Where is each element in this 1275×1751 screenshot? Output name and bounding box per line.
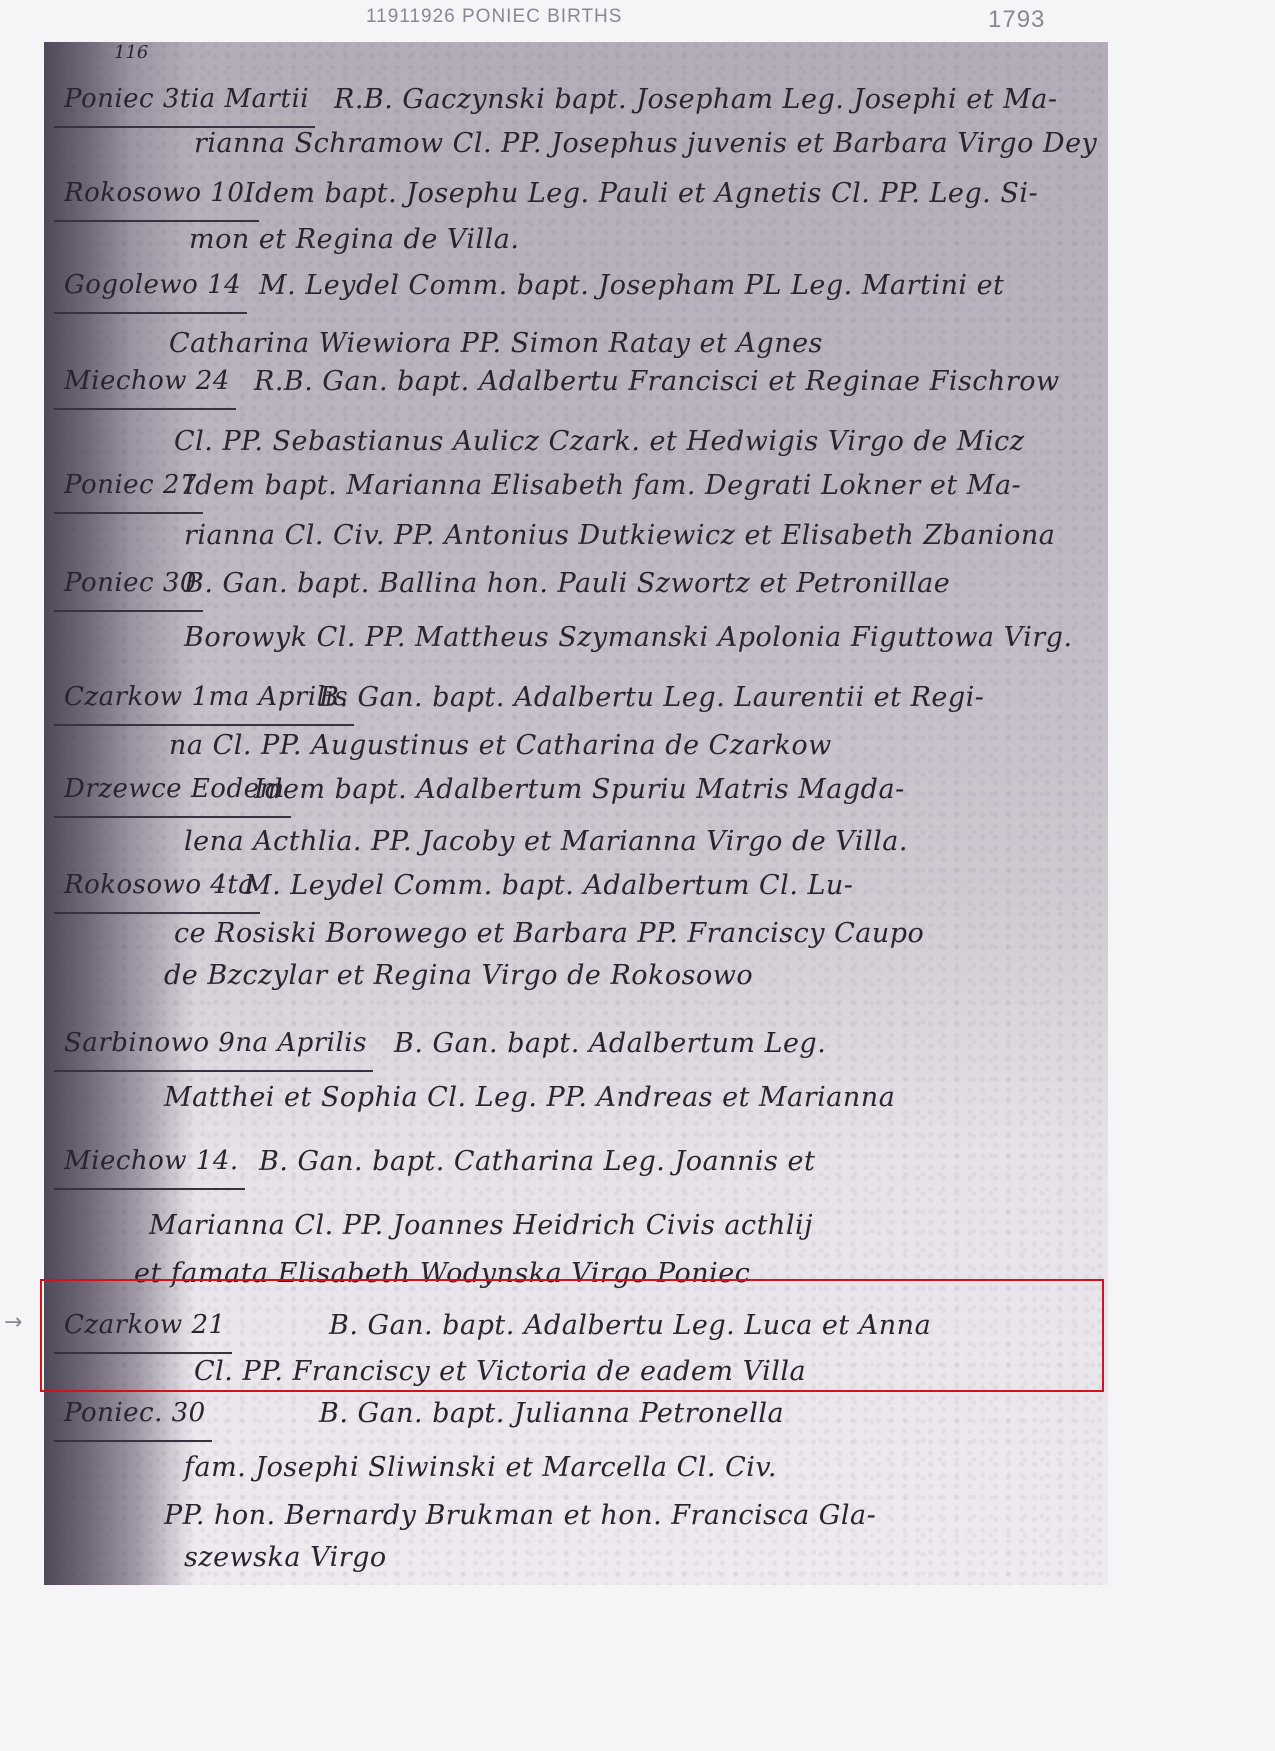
entry-place: Rokosowo 10. bbox=[64, 178, 253, 208]
entry-text: Idem bapt. Josephu Leg. Pauli et Agnetis… bbox=[244, 178, 1038, 209]
entry-text: szewska Virgo bbox=[184, 1542, 387, 1573]
entry-text: B. Gan. bapt. Julianna Petronella bbox=[319, 1398, 784, 1429]
entry-text: B. Gan. bapt. Ballina hon. Pauli Szwortz… bbox=[184, 568, 950, 599]
entry-text: lena Acthlia. PP. Jacoby et Marianna Vir… bbox=[184, 826, 908, 857]
entry-text: B. Gan. bapt. Adalbertu Leg. Laurentii e… bbox=[319, 682, 984, 713]
entry-text: mon et Regina de Villa. bbox=[189, 224, 520, 255]
entry-text: Marianna Cl. PP. Joannes Heidrich Civis … bbox=[149, 1210, 813, 1241]
entry-text: Catharina Wiewiora PP. Simon Ratay et Ag… bbox=[169, 328, 823, 359]
entry-place: Miechow 24 bbox=[64, 366, 230, 396]
entry-text: PP. hon. Bernardy Brukman et hon. Franci… bbox=[164, 1500, 876, 1531]
entry-place: Poniec. 30 bbox=[64, 1398, 206, 1428]
entry-text: Idem bapt. Adalbertum Spuriu Matris Magd… bbox=[254, 774, 905, 805]
entry-text: M. Leydel Comm. bapt. Josepham PL Leg. M… bbox=[259, 270, 1004, 301]
entry-text: na Cl. PP. Augustinus et Catharina de Cz… bbox=[169, 730, 832, 761]
entry-text: Matthei et Sophia Cl. Leg. PP. Andreas e… bbox=[164, 1082, 895, 1113]
entry-text: B. Gan. bapt. Catharina Leg. Joannis et bbox=[259, 1146, 815, 1177]
arrow-icon: → bbox=[4, 1310, 22, 1335]
entry-place: Poniec 30 bbox=[64, 568, 197, 598]
entry-text: R.B. Gan. bapt. Adalbertu Francisci et R… bbox=[254, 366, 1060, 397]
entry-place: Sarbinowo 9na Aprilis bbox=[64, 1028, 367, 1058]
entry-text: Cl. PP. Sebastianus Aulicz Czark. et Hed… bbox=[174, 426, 1024, 457]
entry-text: Borowyk Cl. PP. Mattheus Szymanski Apolo… bbox=[184, 622, 1073, 653]
entry-text: rianna Cl. Civ. PP. Antonius Dutkiewicz … bbox=[184, 520, 1055, 551]
page-number: 116 bbox=[114, 42, 148, 63]
header-year: 1793 bbox=[988, 6, 1045, 34]
entry-text: fam. Josephi Sliwinski et Marcella Cl. C… bbox=[184, 1452, 777, 1483]
entry-text: B. Gan. bapt. Adalbertum Leg. bbox=[394, 1028, 826, 1059]
header-reference: 11911926 PONIEC BIRTHS bbox=[366, 6, 622, 28]
highlight-box bbox=[40, 1279, 1104, 1392]
entry-text: de Bzczylar et Regina Virgo de Rokosowo bbox=[164, 960, 753, 991]
entry-text: ce Rosiski Borowego et Barbara PP. Franc… bbox=[174, 918, 924, 949]
entry-place: Poniec 3tia Martii bbox=[64, 84, 309, 114]
entry-text: Idem bapt. Marianna Elisabeth fam. Degra… bbox=[184, 470, 1021, 501]
entry-place: Gogolewo 14 bbox=[64, 270, 241, 300]
entry-place: Miechow 14. bbox=[64, 1146, 239, 1176]
entry-place: Poniec 27 bbox=[64, 470, 197, 500]
entry-text: rianna Schramow Cl. PP. Josephus juvenis… bbox=[194, 128, 1097, 159]
entry-text: R.B. Gaczynski bapt. Josepham Leg. Josep… bbox=[334, 84, 1058, 115]
entry-place: Drzewce Eodem bbox=[64, 774, 285, 804]
entry-place: Rokosowo 4ta bbox=[64, 870, 254, 900]
entry-text: M. Leydel Comm. bapt. Adalbertum Cl. Lu- bbox=[244, 870, 853, 901]
entry-place: Czarkow 1ma Aprilis bbox=[64, 682, 348, 712]
